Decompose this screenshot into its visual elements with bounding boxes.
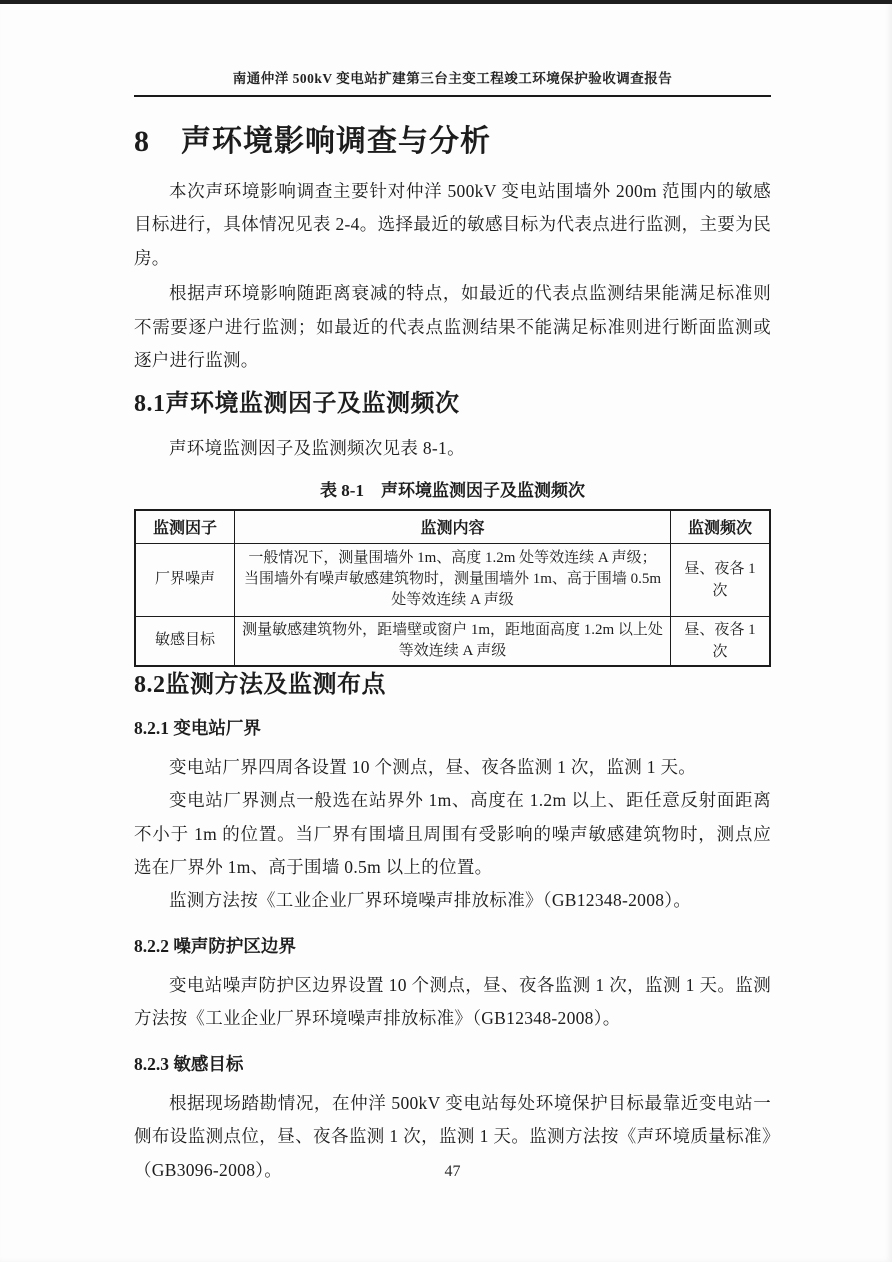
chapter-title: 8 声环境影响调查与分析 [134, 124, 771, 160]
section-title-8-2: 8.2监测方法及监测布点 [134, 670, 771, 700]
cell-frequency: 昼、夜各 1 次 [671, 616, 771, 666]
subsection-paragraph: 变电站噪声防护区边界设置 10 个测点，昼、夜各监测 1 次，监测 1 天。监测… [134, 969, 771, 1036]
cell-frequency: 昼、夜各 1 次 [671, 543, 771, 616]
cell-content: 测量敏感建筑物外，距墙壁或窗户 1m，距地面高度 1.2m 以上处等效连续 A … [235, 616, 671, 666]
table-row: 厂界噪声 一般情况下，测量围墙外 1m、高度 1.2m 处等效连续 A 声级；当… [135, 543, 770, 616]
table-8-1: 监测因子 监测内容 监测频次 厂界噪声 一般情况下，测量围墙外 1m、高度 1.… [134, 509, 771, 667]
section-title-8-1: 8.1声环境监测因子及监测频次 [134, 389, 771, 419]
cell-factor: 敏感目标 [135, 616, 235, 666]
subsection-paragraph: 变电站厂界测点一般选在站界外 1m、高度在 1.2m 以上、距任意反射面距离不小… [134, 784, 771, 884]
column-header-factor: 监测因子 [135, 510, 235, 544]
cell-content: 一般情况下，测量围墙外 1m、高度 1.2m 处等效连续 A 声级；当围墙外有噪… [235, 543, 671, 616]
document-page: 南通仲洋 500kV 变电站扩建第三台主变工程竣工环境保护验收调查报告 8 声环… [0, 0, 892, 1262]
table-row: 敏感目标 测量敏感建筑物外，距墙壁或窗户 1m，距地面高度 1.2m 以上处等效… [135, 616, 770, 666]
scan-edge-strip [0, 0, 892, 4]
table-header-row: 监测因子 监测内容 监测频次 [135, 510, 770, 544]
subsection-title-8-2-3: 8.2.3 敏感目标 [134, 1053, 771, 1075]
section-8-1-intro: 声环境监测因子及监测频次见表 8-1。 [134, 432, 771, 465]
header-rule [134, 95, 771, 97]
running-header: 南通仲洋 500kV 变电站扩建第三台主变工程竣工环境保护验收调查报告 [134, 70, 771, 88]
table-caption: 表 8-1 声环境监测因子及监测频次 [134, 480, 771, 502]
column-header-content: 监测内容 [235, 510, 671, 544]
subsection-title-8-2-1: 8.2.1 变电站厂界 [134, 717, 771, 739]
page-content: 南通仲洋 500kV 变电站扩建第三台主变工程竣工环境保护验收调查报告 8 声环… [134, 70, 771, 1187]
subsection-paragraph: 监测方法按《工业企业厂界环境噪声排放标准》（GB12348-2008）。 [134, 884, 771, 917]
subsection-title-8-2-2: 8.2.2 噪声防护区边界 [134, 935, 771, 957]
subsection-paragraph: 变电站厂界四周各设置 10 个测点，昼、夜各监测 1 次，监测 1 天。 [134, 751, 771, 784]
chapter-paragraph: 根据声环境影响随距离衰减的特点，如最近的代表点监测结果能满足标准则不需要逐户进行… [134, 277, 771, 377]
chapter-paragraph: 本次声环境影响调查主要针对仲洋 500kV 变电站围墙外 200m 范围内的敏感… [134, 175, 771, 275]
cell-factor: 厂界噪声 [135, 543, 235, 616]
page-number: 47 [134, 1163, 771, 1181]
column-header-frequency: 监测频次 [671, 510, 771, 544]
